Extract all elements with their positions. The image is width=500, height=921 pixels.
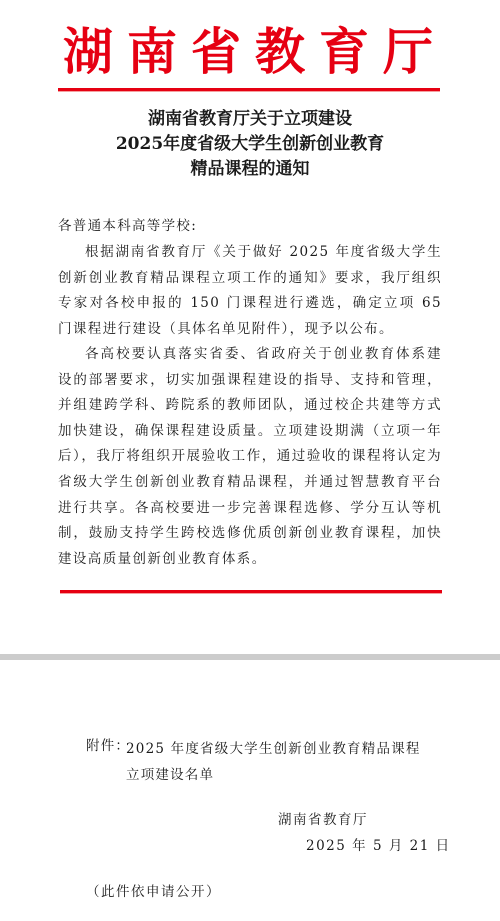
masthead-red-divider bbox=[58, 88, 440, 91]
page-break-separator bbox=[0, 654, 500, 660]
document-title-line-3: 精品课程的通知 bbox=[0, 158, 500, 180]
paragraph-1: 根据湖南省教育厅《关于做好 2025 年度省级大学生创新创业教育精品课程立项工作… bbox=[58, 240, 442, 342]
attachment-link[interactable]: 2025 年度省级大学生创新创业教育精品课程立项建设名单 bbox=[126, 736, 426, 788]
attachment-label: 附件： bbox=[86, 736, 130, 756]
footer-red-divider bbox=[60, 590, 442, 593]
issuer-name: 湖南省教育厅 bbox=[278, 810, 368, 830]
document-title-line-2: 2025年度省级大学生创新创业教育 bbox=[0, 133, 500, 155]
document-title-line-1: 湖南省教育厅关于立项建设 bbox=[0, 108, 500, 130]
issue-date: 2025 年 5 月 21 日 bbox=[306, 836, 451, 856]
salutation: 各普通本科高等学校: bbox=[58, 216, 197, 236]
masthead-title: 湖南省教育厅 bbox=[0, 22, 500, 82]
paragraph-2: 各高校要认真落实省委、省政府关于创业教育体系建设的部署要求，切实加强课程建设的指… bbox=[58, 342, 442, 572]
disclosure-note: （此件依申请公开） bbox=[86, 882, 221, 902]
